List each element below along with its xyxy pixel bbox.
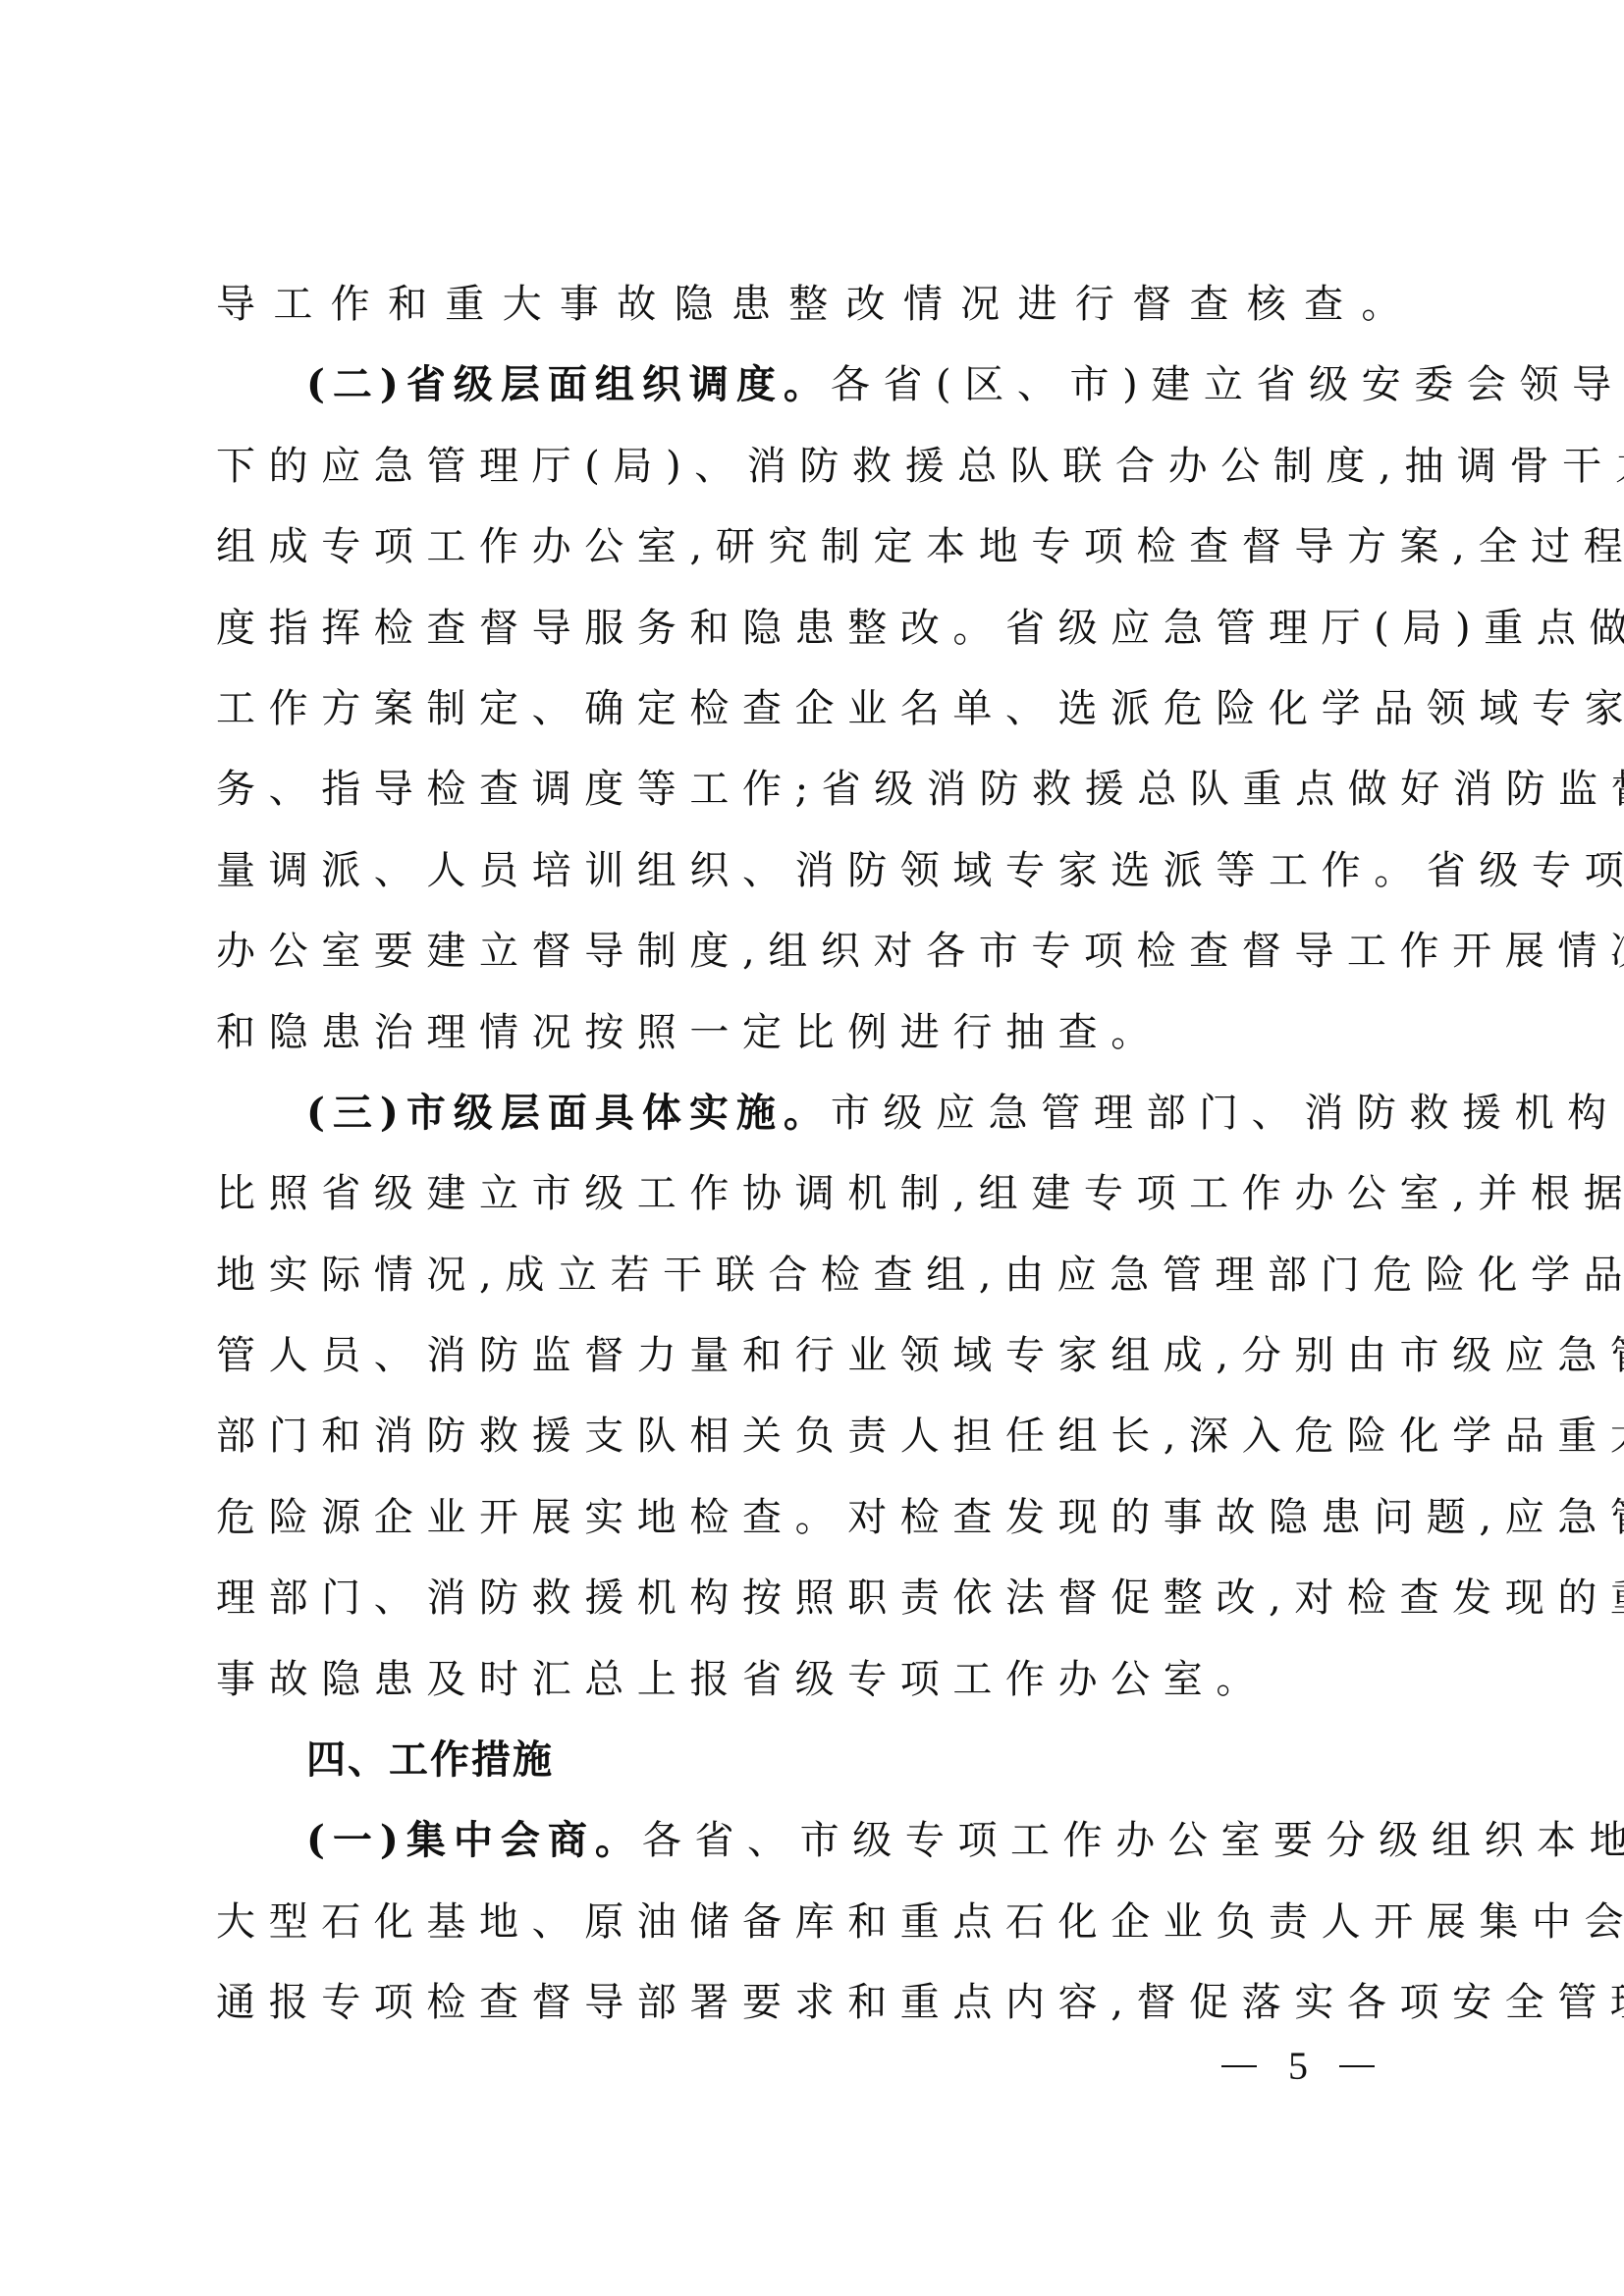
line-text: 通报专项检查督导部署要求和重点内容,督促落实各项安全管理、 [216,1980,1624,2025]
subsection-heading-line: (三)市级层面具体实施。市级应急管理部门、消防救援机构 [216,1085,1414,1165]
subsection-heading-line: (二)省级层面组织调度。各省(区、市)建立省级安委会领导 [216,356,1414,437]
line-text: 理部门、消防救援机构按照职责依法督促整改,对检查发现的重大 [216,1575,1624,1621]
line-text: 市级应急管理部门、消防救援机构 [831,1091,1620,1136]
document-page: 导工作和重大事故隐患整改情况进行督查核查。 (二)省级层面组织调度。各省(区、市… [0,0,1624,2296]
subsection-heading-line: (一)集中会商。各省、市级专项工作办公室要分级组织本地 [216,1812,1414,1893]
line-text: 工作方案制定、确定检查企业名单、选派危险化学品领域专家服 [216,686,1624,731]
line-text: 各省(区、市)建立省级安委会领导 [831,362,1624,407]
line-text: 事故隐患及时汇总上报省级专项工作办公室。 [216,1657,1269,1702]
line-text: 量调派、人员培训组织、消防领域专家选派等工作。省级专项工作 [216,848,1624,893]
line-text: 部门和消防救援支队相关负责人担任组长,深入危险化学品重大 [216,1414,1624,1459]
subsection-title: (二)省级层面组织调度。 [306,361,831,407]
paragraph-line: 地实际情况,成立若干联合检查组,由应急管理部门危险化学品监 [216,1247,1414,1327]
line-text: 和隐患治理情况按照一定比例进行抽查。 [216,1010,1164,1055]
paragraph-line: 办公室要建立督导制度,组织对各市专项检查督导工作开展情况 [216,923,1414,1003]
body-text: 导工作和重大事故隐患整改情况进行督查核查。 (二)省级层面组织调度。各省(区、市… [216,276,1414,2056]
paragraph-line: 度指挥检查督导服务和隐患整改。省级应急管理厅(局)重点做好 [216,600,1414,680]
line-text: 危险源企业开展实地检查。对检查发现的事故隐患问题,应急管 [216,1495,1624,1540]
page-number: 5 [1221,2044,1375,2089]
paragraph-line: 量调派、人员培训组织、消防领域专家选派等工作。省级专项工作 [216,842,1414,923]
paragraph-line: 理部门、消防救援机构按照职责依法督促整改,对检查发现的重大 [216,1570,1414,1650]
paragraph-line: 大型石化基地、原油储备库和重点石化企业负责人开展集中会商, [216,1894,1414,1974]
paragraph-line: 事故隐患及时汇总上报省级专项工作办公室。 [216,1651,1414,1732]
line-text: 地实际情况,成立若干联合检查组,由应急管理部门危险化学品监 [216,1253,1624,1298]
paragraph-line: 工作方案制定、确定检查企业名单、选派危险化学品领域专家服 [216,680,1414,761]
page-number-value: 5 [1288,2044,1308,2089]
line-text: 度指挥检查督导服务和隐患整改。省级应急管理厅(局)重点做好 [216,606,1624,651]
paragraph-line: 管人员、消防监督力量和行业领域专家组成,分别由市级应急管理 [216,1327,1414,1408]
line-text: 办公室要建立督导制度,组织对各市专项检查督导工作开展情况 [216,929,1624,974]
subsection-title: (一)集中会商。 [306,1817,642,1863]
line-text: 各省、市级专项工作办公室要分级组织本地 [642,1818,1624,1863]
paragraph-line: 比照省级建立市级工作协调机制,组建专项工作办公室,并根据当 [216,1165,1414,1246]
line-text: 导工作和重大事故隐患整改情况进行督查核查。 [216,282,1414,327]
section-heading: 四、工作措施 [306,1737,554,1783]
line-text: 大型石化基地、原油储备库和重点石化企业负责人开展集中会商, [216,1899,1624,1945]
paragraph-line: 下的应急管理厅(局)、消防救援总队联合办公制度,抽调骨干力量 [216,438,1414,518]
dash-left [1221,2065,1257,2067]
paragraph-line: 务、指导检查调度等工作;省级消防救援总队重点做好消防监督力 [216,761,1414,841]
paragraph-line: 组成专项工作办公室,研究制定本地专项检查督导方案,全过程调 [216,518,1414,599]
paragraph-line: 部门和消防救援支队相关负责人担任组长,深入危险化学品重大 [216,1408,1414,1488]
line-text: 比照省级建立市级工作协调机制,组建专项工作办公室,并根据当 [216,1171,1624,1216]
line-text: 组成专项工作办公室,研究制定本地专项检查督导方案,全过程调 [216,524,1624,569]
line-text: 下的应急管理厅(局)、消防救援总队联合办公制度,抽调骨干力量 [216,444,1624,489]
paragraph-line: 导工作和重大事故隐患整改情况进行督查核查。 [216,276,1414,356]
paragraph-line: 和隐患治理情况按照一定比例进行抽查。 [216,1004,1414,1085]
paragraph-line: 危险源企业开展实地检查。对检查发现的事故隐患问题,应急管 [216,1489,1414,1570]
line-text: 管人员、消防监督力量和行业领域专家组成,分别由市级应急管理 [216,1333,1624,1378]
line-text: 务、指导检查调度等工作;省级消防救援总队重点做好消防监督力 [216,767,1624,812]
subsection-title: (三)市级层面具体实施。 [306,1090,831,1136]
dash-right [1339,2065,1375,2067]
section-heading-line: 四、工作措施 [216,1732,1414,1812]
